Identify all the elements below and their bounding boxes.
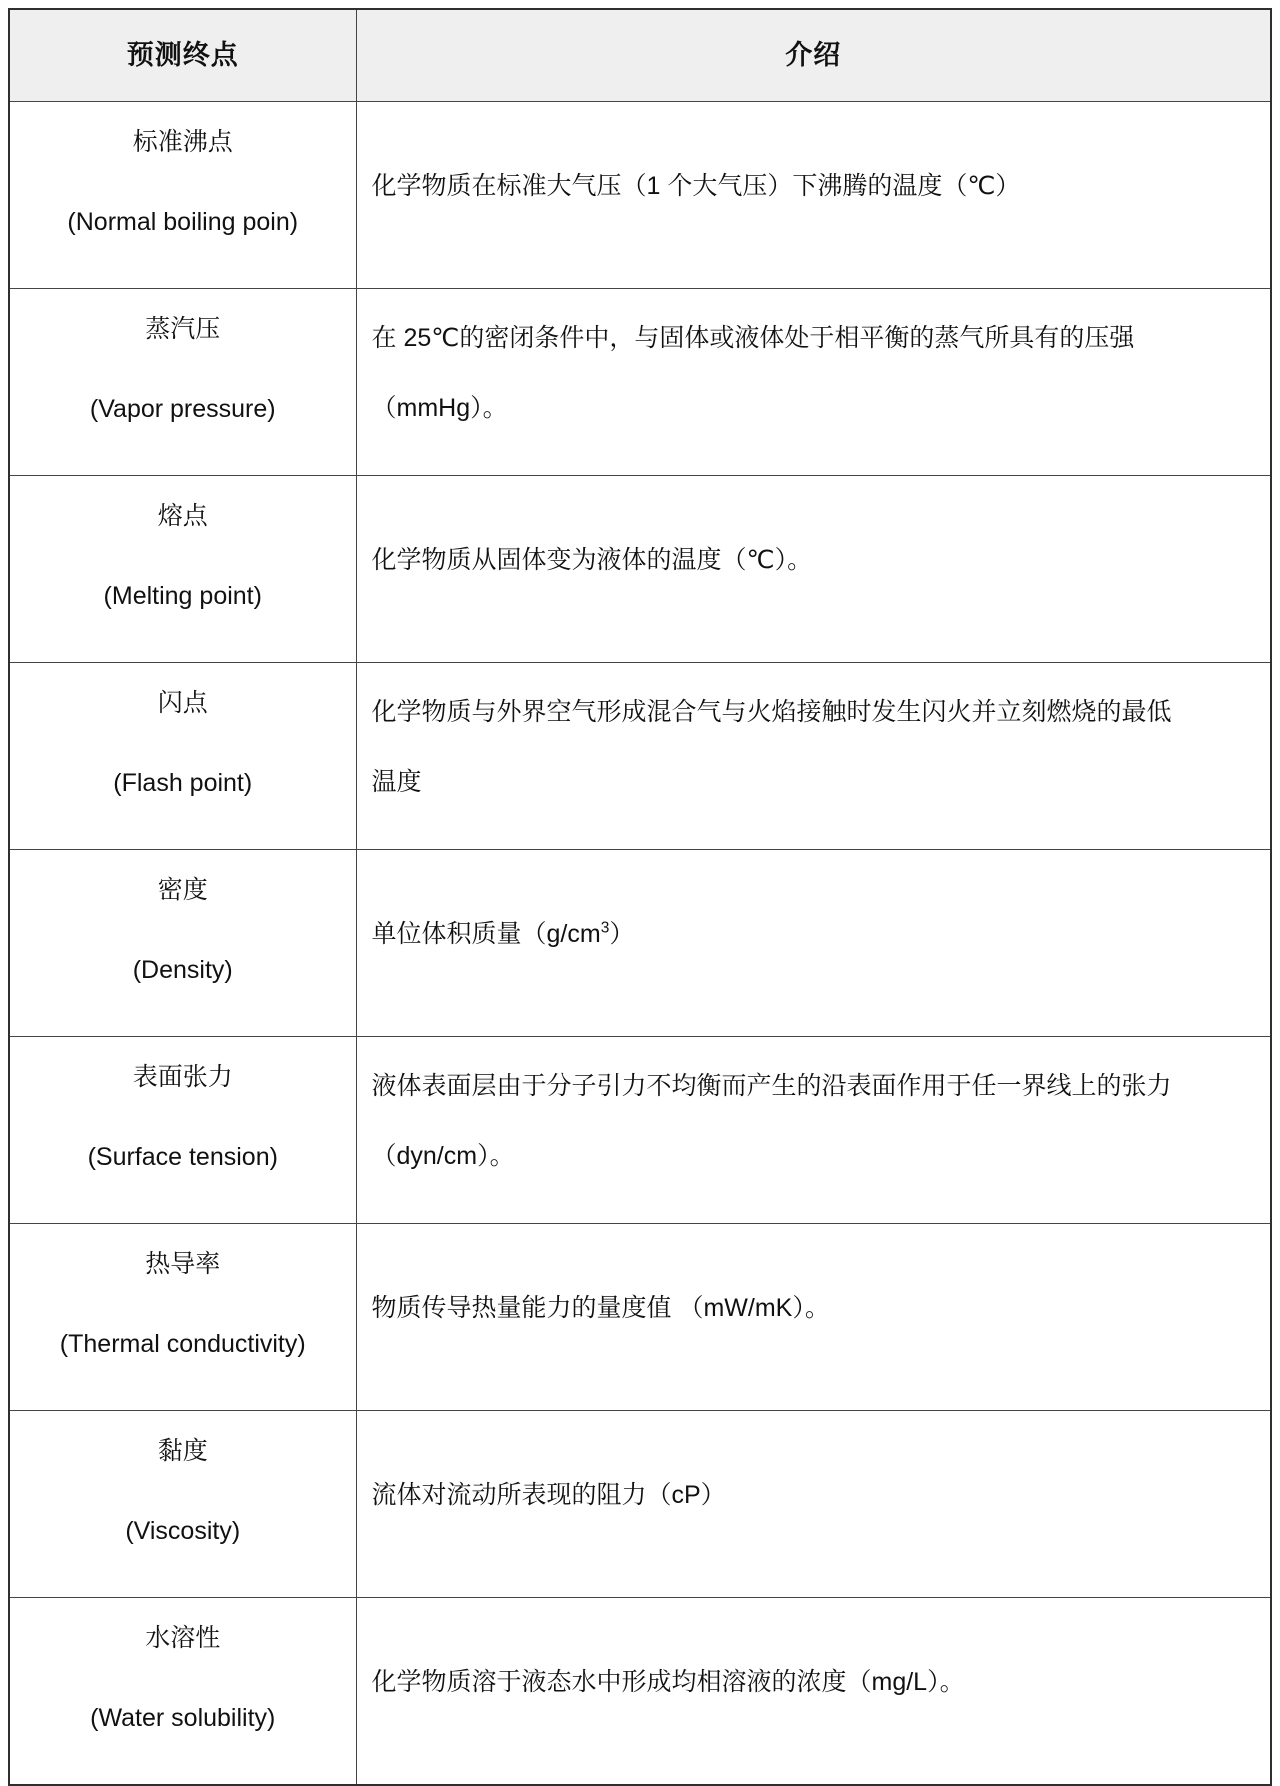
table-row: 闪点 (Flash point) 化学物质与外界空气形成混合气与火焰接触时发生闪… bbox=[9, 663, 1271, 850]
endpoint-description: 液体表面层由于分子引力不均衡而产生的沿表面作用于任一界线上的张力 （dyn/cm… bbox=[372, 1051, 1172, 1191]
endpoint-cell: 标准沸点 (Normal boiling poin) bbox=[9, 102, 356, 289]
endpoint-cell: 闪点 (Flash point) bbox=[9, 663, 356, 850]
endpoint-description: 化学物质与外界空气形成混合气与火焰接触时发生闪火并立刻燃烧的最低 温度 bbox=[372, 677, 1172, 817]
description-cell: 物质传导热量能力的量度值 （mW/mK）。 bbox=[356, 1224, 1271, 1411]
endpoint-name-en: (Viscosity) bbox=[18, 1491, 348, 1571]
description-cell: 单位体积质量（g/cm3） bbox=[356, 850, 1271, 1037]
endpoint-name-zh: 蒸汽压 bbox=[18, 289, 348, 369]
endpoint-name-zh: 热导率 bbox=[18, 1224, 348, 1304]
endpoint-name-en: (Thermal conductivity) bbox=[18, 1304, 348, 1384]
endpoint-cell: 表面张力 (Surface tension) bbox=[9, 1037, 356, 1224]
description-cell: 化学物质从固体变为液体的温度（℃）。 bbox=[356, 476, 1271, 663]
endpoint-name-en: (Surface tension) bbox=[18, 1117, 348, 1197]
endpoint-name-zh: 黏度 bbox=[18, 1411, 348, 1491]
prediction-endpoints-table: 预测终点 介绍 标准沸点 (Normal boiling poin) 化学物质在… bbox=[8, 8, 1272, 1786]
description-cell: 在 25℃的密闭条件中，与固体或液体处于相平衡的蒸气所具有的压强 （mmHg）。 bbox=[356, 289, 1271, 476]
endpoint-description: 化学物质溶于液态水中形成均相溶液的浓度（mg/L）。 bbox=[372, 1647, 965, 1717]
description-cell: 流体对流动所表现的阻力（cP） bbox=[356, 1411, 1271, 1598]
endpoint-name-en: (Normal boiling poin) bbox=[18, 182, 348, 262]
endpoint-cell: 熔点 (Melting point) bbox=[9, 476, 356, 663]
table-row: 黏度 (Viscosity) 流体对流动所表现的阻力（cP） bbox=[9, 1411, 1271, 1598]
endpoint-name-en: (Melting point) bbox=[18, 556, 348, 636]
endpoint-cell: 蒸汽压 (Vapor pressure) bbox=[9, 289, 356, 476]
endpoint-description: 在 25℃的密闭条件中，与固体或液体处于相平衡的蒸气所具有的压强 （mmHg）。 bbox=[372, 303, 1135, 443]
endpoint-name-zh: 密度 bbox=[18, 850, 348, 930]
endpoint-cell: 水溶性 (Water solubility) bbox=[9, 1598, 356, 1786]
endpoint-name-zh: 闪点 bbox=[18, 663, 348, 743]
header-row: 预测终点 介绍 bbox=[9, 9, 1271, 102]
column-header-endpoint: 预测终点 bbox=[9, 9, 356, 102]
endpoint-cell: 热导率 (Thermal conductivity) bbox=[9, 1224, 356, 1411]
endpoint-name-zh: 熔点 bbox=[18, 476, 348, 556]
table-row: 水溶性 (Water solubility) 化学物质溶于液态水中形成均相溶液的… bbox=[9, 1598, 1271, 1786]
table-row: 热导率 (Thermal conductivity) 物质传导热量能力的量度值 … bbox=[9, 1224, 1271, 1411]
endpoint-description: 单位体积质量（g/cm3） bbox=[372, 899, 635, 969]
endpoint-description: 物质传导热量能力的量度值 （mW/mK）。 bbox=[372, 1273, 830, 1343]
description-text: ） bbox=[609, 920, 634, 948]
endpoint-name-en: (Density) bbox=[18, 930, 348, 1010]
description-cell: 化学物质溶于液态水中形成均相溶液的浓度（mg/L）。 bbox=[356, 1598, 1271, 1786]
table-row: 标准沸点 (Normal boiling poin) 化学物质在标准大气压（1 … bbox=[9, 102, 1271, 289]
endpoint-name-en: (Flash point) bbox=[18, 743, 348, 823]
description-cell: 液体表面层由于分子引力不均衡而产生的沿表面作用于任一界线上的张力 （dyn/cm… bbox=[356, 1037, 1271, 1224]
endpoint-description: 流体对流动所表现的阻力（cP） bbox=[372, 1460, 726, 1530]
description-text: 单位体积质量（g/cm bbox=[372, 920, 601, 948]
endpoint-name-zh: 标准沸点 bbox=[18, 102, 348, 182]
table-row: 熔点 (Melting point) 化学物质从固体变为液体的温度（℃）。 bbox=[9, 476, 1271, 663]
table-row: 表面张力 (Surface tension) 液体表面层由于分子引力不均衡而产生… bbox=[9, 1037, 1271, 1224]
endpoint-name-zh: 水溶性 bbox=[18, 1598, 348, 1678]
description-cell: 化学物质与外界空气形成混合气与火焰接触时发生闪火并立刻燃烧的最低 温度 bbox=[356, 663, 1271, 850]
endpoint-cell: 黏度 (Viscosity) bbox=[9, 1411, 356, 1598]
endpoint-name-en: (Water solubility) bbox=[18, 1678, 348, 1758]
endpoint-name-zh: 表面张力 bbox=[18, 1037, 348, 1117]
endpoint-cell: 密度 (Density) bbox=[9, 850, 356, 1037]
table-row: 蒸汽压 (Vapor pressure) 在 25℃的密闭条件中，与固体或液体处… bbox=[9, 289, 1271, 476]
table-row: 密度 (Density) 单位体积质量（g/cm3） bbox=[9, 850, 1271, 1037]
endpoint-description: 化学物质在标准大气压（1 个大气压）下沸腾的温度（℃） bbox=[372, 151, 1021, 221]
endpoint-name-en: (Vapor pressure) bbox=[18, 369, 348, 449]
document-page: 预测终点 介绍 标准沸点 (Normal boiling poin) 化学物质在… bbox=[0, 0, 1280, 1721]
endpoint-description: 化学物质从固体变为液体的温度（℃）。 bbox=[372, 525, 813, 595]
column-header-description: 介绍 bbox=[356, 9, 1271, 102]
description-cell: 化学物质在标准大气压（1 个大气压）下沸腾的温度（℃） bbox=[356, 102, 1271, 289]
